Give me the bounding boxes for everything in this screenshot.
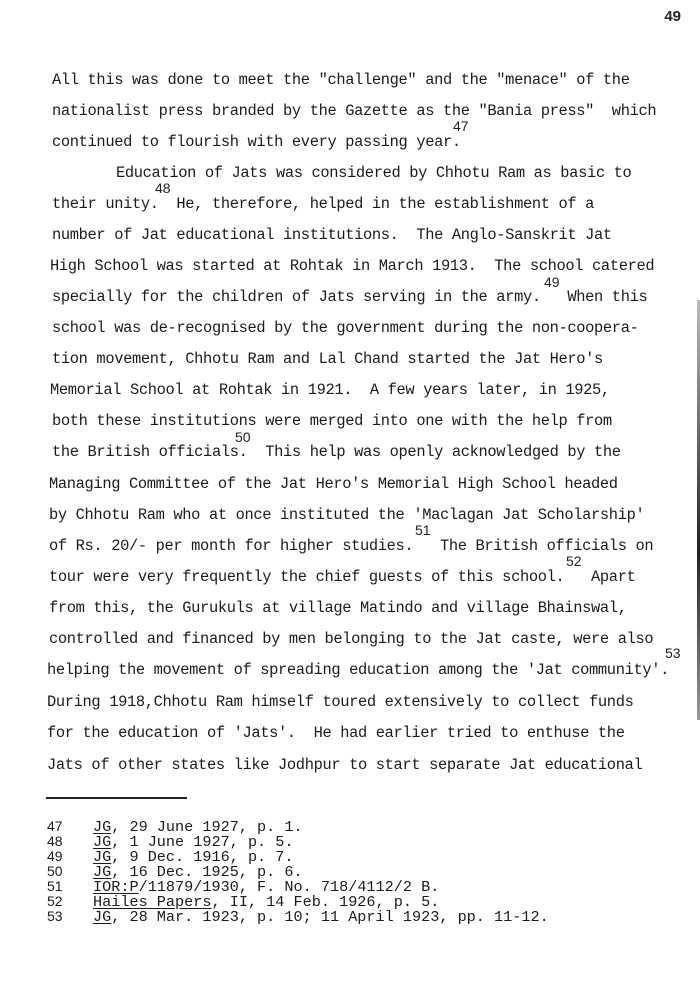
body-line: continued to flourish with every passing…: [52, 133, 461, 151]
body-line: Memorial School at Rohtak in 1921. A few…: [50, 381, 610, 399]
body-line: the British officials. This help was ope…: [52, 443, 621, 461]
body-line: of Rs. 20/- per month for higher studies…: [49, 537, 653, 555]
footnote-separator: [46, 797, 187, 799]
footnote-text: , 28 Mar. 1923, p. 10; 11 April 1923, pp…: [111, 908, 548, 926]
footnote-number: 48: [47, 834, 93, 849]
body-line: both these institutions were merged into…: [52, 412, 612, 430]
footnote-ref: 48: [155, 180, 171, 196]
footnote-ref: 53: [665, 645, 681, 661]
body-line: helping the movement of spreading educat…: [47, 661, 669, 679]
footnote-number: 52: [47, 894, 93, 909]
body-line: their unity. He, therefore, helped in th…: [52, 195, 594, 213]
footnote-ref: 47: [453, 118, 469, 134]
body-line: Jats of other states like Jodhpur to sta…: [47, 756, 642, 774]
body-line: number of Jat educational institutions. …: [52, 226, 612, 244]
body-line: specially for the children of Jats servi…: [52, 288, 647, 306]
body-line: Education of Jats was considered by Chho…: [116, 164, 631, 182]
footnote-ref: 49: [544, 274, 560, 290]
page-number: 49: [664, 8, 681, 25]
footnote-ref: 50: [235, 429, 251, 445]
footnote-number: 53: [47, 909, 93, 924]
footnote-ref: 51: [415, 522, 431, 538]
footnote-number: 47: [47, 819, 93, 834]
body-line: High School was started at Rohtak in Mar…: [50, 257, 654, 275]
body-line: During 1918,Chhotu Ram himself toured ex…: [47, 693, 633, 711]
body-line: for the education of 'Jats'. He had earl…: [47, 724, 625, 742]
footnote-number: 50: [47, 864, 93, 879]
footnote-number: 49: [47, 849, 93, 864]
body-line: tour were very frequently the chief gues…: [49, 568, 635, 586]
body-line: from this, the Gurukuls at village Matin…: [49, 599, 627, 617]
body-line: nationalist press branded by the Gazette…: [52, 102, 656, 120]
body-line: controlled and financed by men belonging…: [49, 630, 653, 648]
body-line: by Chhotu Ram who at once instituted the…: [49, 506, 644, 524]
body-line: Managing Committee of the Jat Hero's Mem…: [49, 475, 618, 493]
footnote-number: 51: [47, 879, 93, 894]
footnote-source: JG: [93, 908, 111, 926]
footnote-ref: 52: [566, 553, 582, 569]
footnote: 53JG, 28 Mar. 1923, p. 10; 11 April 1923…: [47, 909, 549, 925]
body-line: All this was done to meet the "challenge…: [52, 71, 630, 89]
body-line: tion movement, Chhotu Ram and Lal Chand …: [52, 350, 603, 368]
body-line: school was de-recognised by the governme…: [52, 319, 638, 337]
